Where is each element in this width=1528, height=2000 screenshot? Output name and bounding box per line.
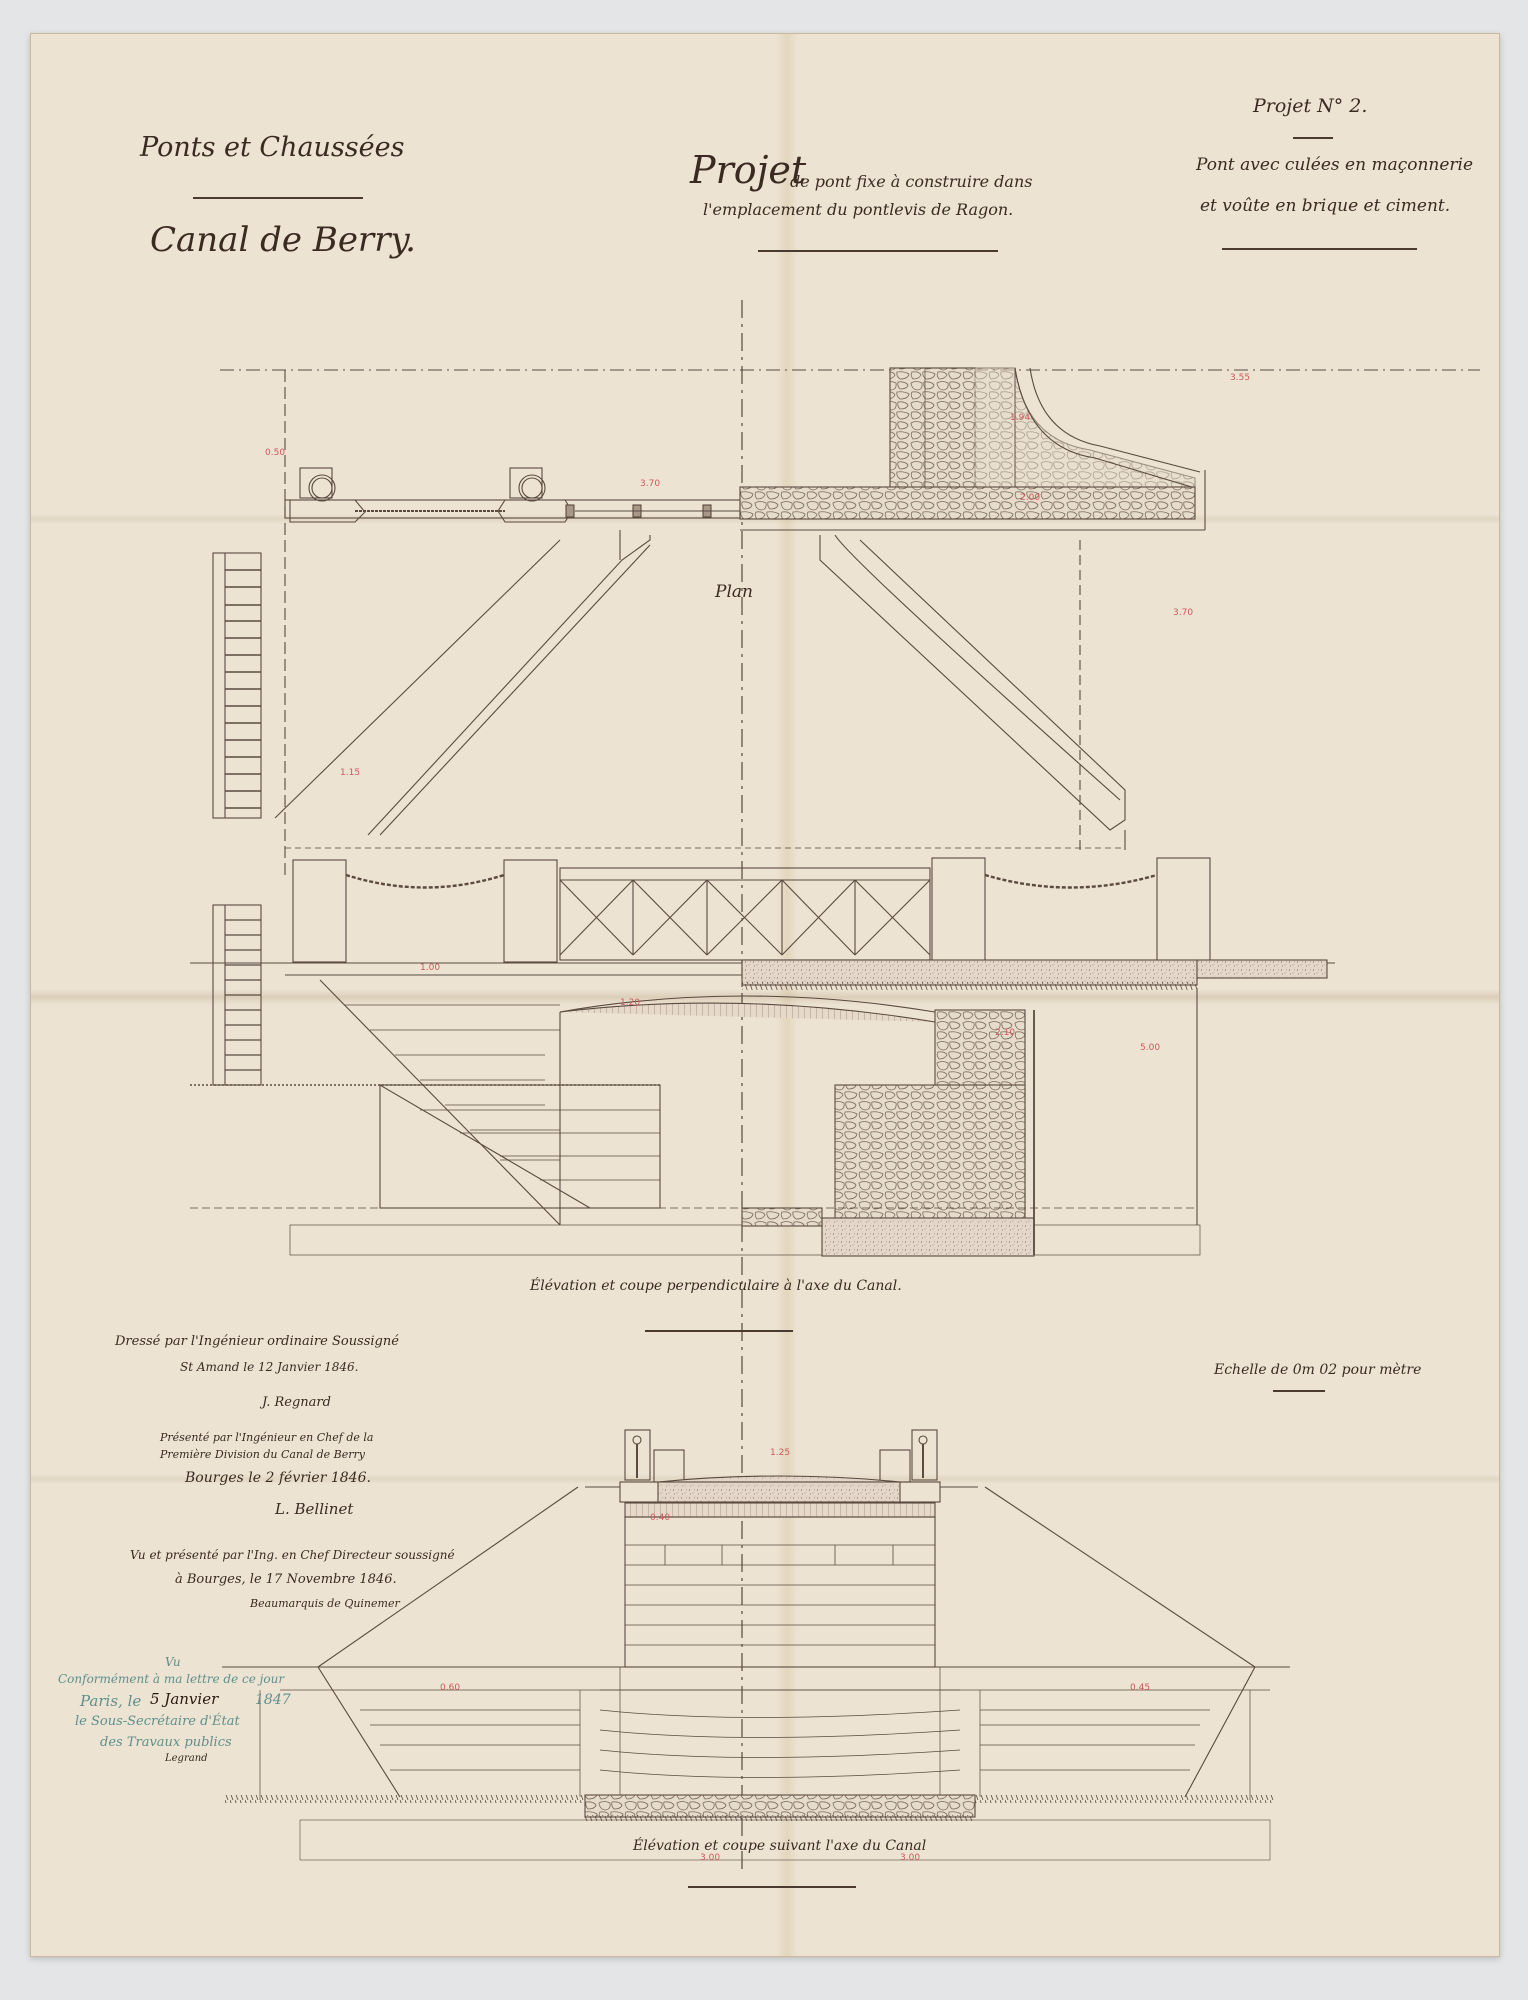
svg-text:1.94: 1.94 [1010, 413, 1030, 423]
svg-text:2.10: 2.10 [995, 1028, 1015, 1038]
drawn-by: Dressé par l'Ingénieur ordinaire Soussig… [115, 1334, 399, 1349]
stamp-year: 1847 [255, 1692, 291, 1708]
svg-text:1.15: 1.15 [340, 768, 360, 778]
header-right-line2: et voûte en brique et ciment. [1200, 196, 1450, 216]
seen-signature: Beaumarquis de Quinemer [250, 1597, 400, 1610]
svg-text:3.70: 3.70 [640, 479, 660, 489]
stamp-signature: Legrand [165, 1753, 208, 1764]
svg-text:3.70: 3.70 [1173, 608, 1193, 618]
header-project-line2: l'emplacement du pontlevis de Ragon. [703, 200, 1013, 219]
svg-text:2.00: 2.00 [1020, 493, 1040, 503]
stamp-paris: Paris, le [80, 1692, 141, 1710]
svg-text:3.55: 3.55 [1230, 373, 1250, 383]
svg-text:0.50: 0.50 [265, 448, 285, 458]
header-ponts-et-chaussees: Ponts et Chaussées [140, 132, 404, 163]
svg-text:3.00: 3.00 [700, 1853, 720, 1863]
svg-text:0.60: 0.60 [440, 1683, 460, 1693]
header-left-rule [193, 197, 363, 199]
svg-text:0.40: 0.40 [650, 1513, 670, 1523]
stamp-line3: le Sous-Secrétaire d'État [75, 1714, 240, 1729]
elevation-axis-rule [688, 1886, 856, 1888]
header-right-short-rule [1293, 137, 1333, 139]
presented-place-date: Bourges le 2 février 1846. [185, 1470, 371, 1486]
header-project-number: Projet N° 2. [1253, 95, 1367, 117]
svg-text:1.20: 1.20 [620, 998, 640, 1008]
svg-text:3.00: 3.00 [900, 1853, 920, 1863]
scale-label: Echelle de 0m 02 pour mètre [1214, 1362, 1421, 1378]
elevation-axis-label: Élévation et coupe suivant l'axe du Cana… [633, 1838, 926, 1854]
presented-signature: L. Bellinet [275, 1500, 353, 1518]
svg-text:1.00: 1.00 [420, 963, 440, 973]
svg-text:1.25: 1.25 [770, 1448, 790, 1458]
scale-rule [1273, 1390, 1325, 1392]
seen-place-date: à Bourges, le 17 Novembre 1846. [175, 1572, 397, 1587]
drawn-place-date: St Amand le 12 Janvier 1846. [180, 1360, 358, 1374]
header-project-line1: de pont fixe à construire dans [790, 172, 1032, 191]
plan-label: Plan [715, 582, 753, 602]
header-right-line1: Pont avec culées en maçonnerie [1196, 155, 1473, 175]
svg-text:5.00: 5.00 [1140, 1043, 1160, 1053]
stamp-line1: Conformément à ma lettre de ce jour [58, 1672, 284, 1686]
header-projet-word: Projet [690, 148, 806, 192]
stamp-line4: des Travaux publics [100, 1735, 232, 1750]
header-right-rule [1222, 248, 1417, 250]
header-center-rule [758, 250, 998, 252]
svg-text:0.45: 0.45 [1130, 1683, 1150, 1693]
stamp-date: 5 Janvier [150, 1690, 218, 1708]
header-canal-de-berry: Canal de Berry. [150, 220, 416, 260]
bridge-drawing: 3.700.503.70 2.001.943.55 1.001.202.10 5… [0, 0, 1528, 2000]
seen-line1: Vu et présenté par l'Ing. en Chef Direct… [130, 1548, 455, 1562]
elevation-perpendicular-label: Élévation et coupe perpendiculaire à l'a… [530, 1278, 902, 1294]
presented-by-line1: Présenté par l'Ingénieur en Chef de la [160, 1431, 373, 1444]
presented-by-line2: Première Division du Canal de Berry [160, 1448, 365, 1461]
elevation-perpendicular-rule [645, 1330, 793, 1332]
stamp-vu: Vu [165, 1655, 181, 1669]
drawn-signature: J. Regnard [262, 1395, 331, 1410]
